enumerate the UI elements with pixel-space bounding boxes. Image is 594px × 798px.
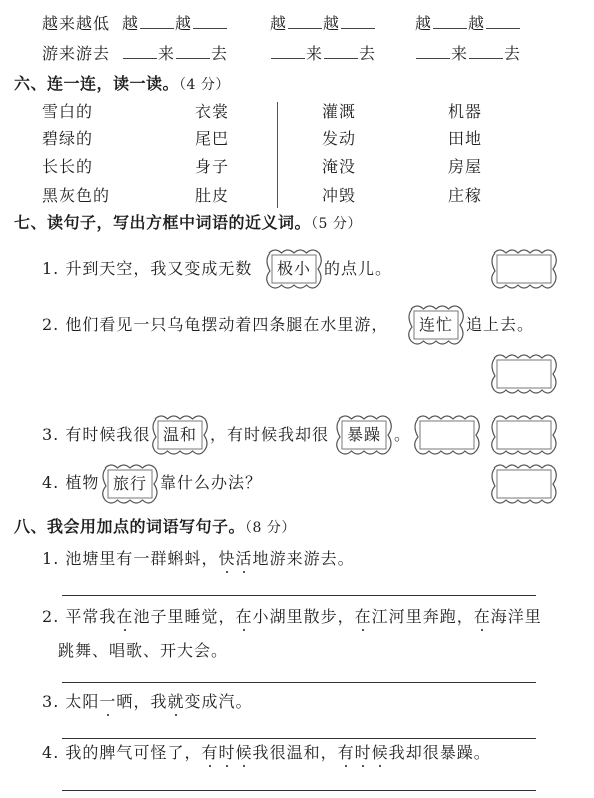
sentence-text: 2. 平常我在池子里睡觉，在小湖里散步，在江河里奔跑，在海洋里 bbox=[42, 607, 542, 627]
match-word[interactable]: 肚皮 bbox=[195, 186, 229, 206]
char: 我 bbox=[65, 743, 82, 762]
char: 里 bbox=[167, 607, 184, 626]
match-word[interactable]: 雪白的 bbox=[42, 102, 93, 122]
answer-box[interactable] bbox=[489, 461, 559, 507]
sentence-3: 3. 有时候我很 bbox=[42, 425, 150, 445]
char: 散 bbox=[304, 607, 321, 626]
char: ， bbox=[219, 607, 236, 626]
char: 里 bbox=[287, 607, 304, 626]
sentence-text: 的点儿。 bbox=[324, 259, 392, 279]
match-word[interactable]: 黑灰色的 bbox=[42, 186, 110, 206]
char: 很 bbox=[270, 743, 287, 762]
blank-fill-input[interactable] bbox=[288, 14, 322, 29]
char: 我 bbox=[253, 743, 270, 762]
char: 变 bbox=[184, 692, 201, 711]
framed-word: 温和 bbox=[150, 425, 210, 445]
pattern-char: 越 bbox=[323, 14, 340, 33]
framed-word: 极小 bbox=[264, 259, 324, 279]
char: ， bbox=[184, 743, 201, 762]
char: 阳 bbox=[82, 692, 99, 711]
char: ， bbox=[133, 692, 150, 711]
char: 游 bbox=[304, 549, 321, 568]
char: 4 bbox=[42, 743, 53, 762]
pattern-char: 来 bbox=[306, 44, 323, 63]
match-word[interactable]: 身子 bbox=[195, 157, 229, 177]
char: 躁 bbox=[457, 743, 474, 762]
char: 群 bbox=[150, 549, 167, 568]
phrase-label: 越来越低 bbox=[42, 14, 110, 34]
char: 游 bbox=[270, 549, 287, 568]
blank-fill-input[interactable] bbox=[140, 14, 174, 29]
sentence-text: 。 bbox=[394, 425, 411, 445]
char: 怪 bbox=[150, 743, 167, 762]
char: 洋 bbox=[508, 607, 525, 626]
match-word[interactable]: 淹没 bbox=[322, 157, 356, 177]
phrase-pattern: 越越 bbox=[122, 14, 228, 34]
char: 2 bbox=[42, 607, 53, 626]
char: 可 bbox=[133, 743, 150, 762]
sentence-text: ，有时候我却很 bbox=[210, 425, 329, 445]
char: 睡 bbox=[184, 607, 201, 626]
char: 蚪 bbox=[184, 549, 201, 568]
sentence-text: 1. 池塘里有一群蝌蚪，快活地游来游去。 bbox=[42, 549, 355, 569]
sentence-text: 追上去。 bbox=[466, 315, 534, 335]
pattern-char: 越 bbox=[270, 14, 287, 33]
char: 里 bbox=[99, 549, 116, 568]
blank-fill-input[interactable] bbox=[324, 44, 358, 59]
framed-word: 暴躁 bbox=[334, 425, 394, 445]
char: 很 bbox=[423, 743, 440, 762]
framed-word: 旅行 bbox=[100, 474, 160, 494]
match-word[interactable]: 发动 bbox=[322, 129, 356, 149]
sentence-4: 4. 植物 bbox=[42, 473, 99, 493]
pattern-char: 来 bbox=[451, 44, 468, 63]
char: 跑 bbox=[440, 607, 457, 626]
framed-word-box: 暴躁 bbox=[334, 412, 394, 458]
match-word[interactable]: 长长的 bbox=[42, 157, 93, 177]
char: ， bbox=[202, 549, 219, 568]
char: 脾 bbox=[99, 743, 116, 762]
match-word[interactable]: 冲毁 bbox=[322, 186, 356, 206]
section-7-points: （5 分） bbox=[311, 216, 362, 232]
char: 奔 bbox=[423, 607, 440, 626]
char: 晒 bbox=[116, 692, 133, 711]
phrase-label: 游来游去 bbox=[42, 44, 110, 64]
char: 气 bbox=[116, 743, 133, 762]
emphasis-char: 候 bbox=[236, 743, 253, 762]
emphasis-char: 在 bbox=[236, 607, 253, 626]
char: 池 bbox=[133, 607, 150, 626]
char: 一 bbox=[133, 549, 150, 568]
phrase-pattern: 来去 bbox=[415, 44, 521, 64]
blank-fill-input[interactable] bbox=[469, 44, 503, 59]
char: 3 bbox=[42, 692, 53, 711]
pattern-char: 去 bbox=[504, 44, 521, 63]
char: 来 bbox=[287, 549, 304, 568]
pattern-char: 去 bbox=[359, 44, 376, 63]
char: 汽 bbox=[219, 692, 236, 711]
char: 。 bbox=[474, 743, 491, 762]
char: 步 bbox=[321, 607, 338, 626]
answer-line[interactable] bbox=[62, 682, 536, 683]
blank-fill-input[interactable] bbox=[416, 44, 450, 59]
char: 塘 bbox=[82, 549, 99, 568]
char: 。 bbox=[236, 692, 253, 711]
section-6-heading: 六、连一连，读一读。（4 分） bbox=[14, 74, 230, 95]
answer-line[interactable] bbox=[62, 595, 536, 596]
char: 有 bbox=[116, 549, 133, 568]
char: 小 bbox=[253, 607, 270, 626]
pattern-char: 越 bbox=[415, 14, 432, 33]
sentence-text: 1. 升到天空，我又变成无数 bbox=[42, 259, 252, 278]
emphasis-char: 活 bbox=[236, 549, 253, 568]
answer-box[interactable] bbox=[489, 246, 559, 292]
match-word[interactable]: 尾巴 bbox=[195, 129, 229, 149]
framed-word-box: 温和 bbox=[150, 412, 210, 458]
column-divider bbox=[277, 102, 278, 208]
char: 的 bbox=[82, 743, 99, 762]
sentence-text: 4. 我的脾气可怪了，有时候我很温和，有时候我却很暴躁。 bbox=[42, 743, 491, 763]
char: 我 bbox=[150, 692, 167, 711]
char: ， bbox=[338, 607, 355, 626]
char: 去 bbox=[321, 549, 338, 568]
char: 里 bbox=[525, 607, 542, 626]
section-7-heading: 七、读句子，写出方框中词语的近义词。（5 分） bbox=[14, 213, 362, 234]
match-word[interactable]: 田地 bbox=[448, 129, 482, 149]
blank-fill-input[interactable] bbox=[123, 44, 157, 59]
char: 了 bbox=[167, 743, 184, 762]
char: 海 bbox=[491, 607, 508, 626]
blank-fill-input[interactable] bbox=[341, 14, 375, 29]
sentence-text: 跳舞、唱歌、开大会。 bbox=[58, 641, 228, 661]
char: 太 bbox=[65, 692, 82, 711]
section-8-points: （8 分） bbox=[245, 520, 296, 536]
emphasis-char: 候 bbox=[372, 743, 389, 762]
phrase-pattern: 越越 bbox=[270, 14, 376, 34]
char: 暴 bbox=[440, 743, 457, 762]
emphasis-char: 在 bbox=[355, 607, 372, 626]
char: 常 bbox=[82, 607, 99, 626]
blank-fill-input[interactable] bbox=[176, 44, 210, 59]
phrase-pattern: 来去 bbox=[122, 44, 228, 64]
match-word[interactable]: 机器 bbox=[448, 102, 482, 122]
char: 。 bbox=[338, 549, 355, 568]
char: 成 bbox=[202, 692, 219, 711]
char: 蝌 bbox=[167, 549, 184, 568]
answer-box[interactable] bbox=[412, 412, 482, 458]
emphasis-char: 时 bbox=[219, 743, 236, 762]
emphasis-char: 就 bbox=[167, 692, 184, 711]
answer-line[interactable] bbox=[62, 738, 536, 739]
match-word[interactable]: 灌溉 bbox=[322, 102, 356, 122]
pattern-char: 去 bbox=[211, 44, 228, 63]
framed-word: 连忙 bbox=[406, 315, 466, 335]
char: 里 bbox=[406, 607, 423, 626]
pattern-char: 来 bbox=[158, 44, 175, 63]
char: 子 bbox=[150, 607, 167, 626]
char: 池 bbox=[65, 549, 82, 568]
phrase-pattern: 越越 bbox=[415, 14, 521, 34]
sentence-2: 2. 他们看见一只乌龟摆动着四条腿在水里游， bbox=[42, 315, 388, 335]
char: 地 bbox=[253, 549, 270, 568]
char: ， bbox=[457, 607, 474, 626]
sentence-1: 1. 升到天空，我又变成无数 bbox=[42, 259, 252, 279]
emphasis-char: 在 bbox=[474, 607, 491, 626]
char: ， bbox=[321, 743, 338, 762]
section-8-title: 八、我会用加点的词语写句子。 bbox=[14, 517, 245, 536]
char: 江 bbox=[372, 607, 389, 626]
emphasis-char: 一 bbox=[99, 692, 116, 711]
char: 却 bbox=[406, 743, 423, 762]
char: 和 bbox=[304, 743, 321, 762]
pattern-char: 越 bbox=[122, 14, 139, 33]
emphasis-char: 时 bbox=[355, 743, 372, 762]
blank-fill-input[interactable] bbox=[433, 14, 467, 29]
char: 河 bbox=[389, 607, 406, 626]
blank-fill-input[interactable] bbox=[193, 14, 227, 29]
section-7-title: 七、读句子，写出方框中词语的近义词。 bbox=[14, 213, 311, 232]
char: 平 bbox=[65, 607, 82, 626]
sentence-text: 靠什么办法？ bbox=[160, 473, 262, 493]
pattern-char: 越 bbox=[175, 14, 192, 33]
framed-word-box: 极小 bbox=[264, 246, 324, 292]
blank-fill-input[interactable] bbox=[271, 44, 305, 59]
char: 1 bbox=[42, 549, 53, 568]
phrase-pattern: 来去 bbox=[270, 44, 376, 64]
match-word[interactable]: 衣裳 bbox=[195, 102, 229, 122]
match-word[interactable]: 房屋 bbox=[448, 157, 482, 177]
char: 我 bbox=[99, 607, 116, 626]
emphasis-char: 有 bbox=[338, 743, 355, 762]
char: 湖 bbox=[270, 607, 287, 626]
char: 我 bbox=[389, 743, 406, 762]
emphasis-char: 在 bbox=[116, 607, 133, 626]
match-word[interactable]: 庄稼 bbox=[448, 186, 482, 206]
emphasis-char: 有 bbox=[202, 743, 219, 762]
sentence-text: 3. 太阳一晒，我就变成汽。 bbox=[42, 692, 253, 712]
section-8-heading: 八、我会用加点的词语写句子。（8 分） bbox=[14, 517, 296, 538]
pattern-char: 越 bbox=[468, 14, 485, 33]
section-6-title: 六、连一连，读一读。 bbox=[14, 74, 179, 93]
emphasis-char: 快 bbox=[219, 549, 236, 568]
match-word[interactable]: 碧绿的 bbox=[42, 129, 93, 149]
char: 觉 bbox=[202, 607, 219, 626]
answer-box[interactable] bbox=[489, 351, 559, 397]
char: 温 bbox=[287, 743, 304, 762]
answer-line[interactable] bbox=[62, 790, 536, 791]
answer-box[interactable] bbox=[489, 412, 559, 458]
section-6-points: （4 分） bbox=[179, 77, 230, 93]
blank-fill-input[interactable] bbox=[486, 14, 520, 29]
framed-word-box: 连忙 bbox=[406, 302, 466, 348]
framed-word-box: 旅行 bbox=[100, 461, 160, 507]
